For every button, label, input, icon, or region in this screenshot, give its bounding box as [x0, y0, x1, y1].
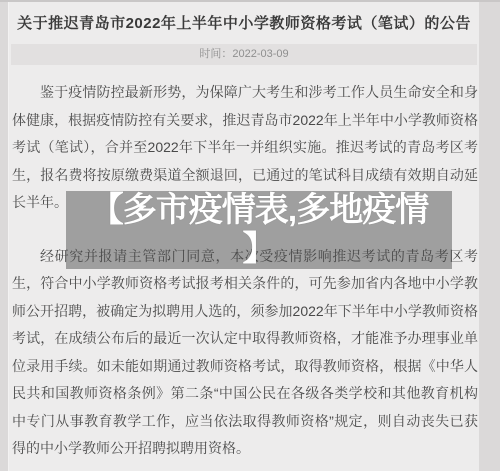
publish-time-bar: 时间：2022-03-09 [11, 44, 477, 65]
paragraph: 鉴于疫情防控最新形势，为保障广大考生和涉考工作人员生命安全和身体健康，根据疫情防… [12, 79, 478, 217]
page-frame: 关于推迟青岛市2022年上半年中小学教师资格考试（笔试）的公告 时间：2022-… [0, 0, 500, 471]
article-panel: 关于推迟青岛市2022年上半年中小学教师资格考试（笔试）的公告 时间：2022-… [8, 2, 479, 471]
page-title: 关于推迟青岛市2022年上半年中小学教师资格考试（笔试）的公告 [15, 14, 473, 34]
publish-time-label: 时间： [199, 48, 232, 60]
publish-time-value: 2022-03-09 [232, 48, 288, 60]
article-body: 鉴于疫情防控最新形势，为保障广大考生和涉考工作人员生命安全和身体健康，根据疫情防… [12, 79, 478, 463]
paragraph: 经研究并报请主管部门同意，本次受疫情影响推迟考试的青岛考区考生，符合中小学教师资… [12, 243, 478, 463]
